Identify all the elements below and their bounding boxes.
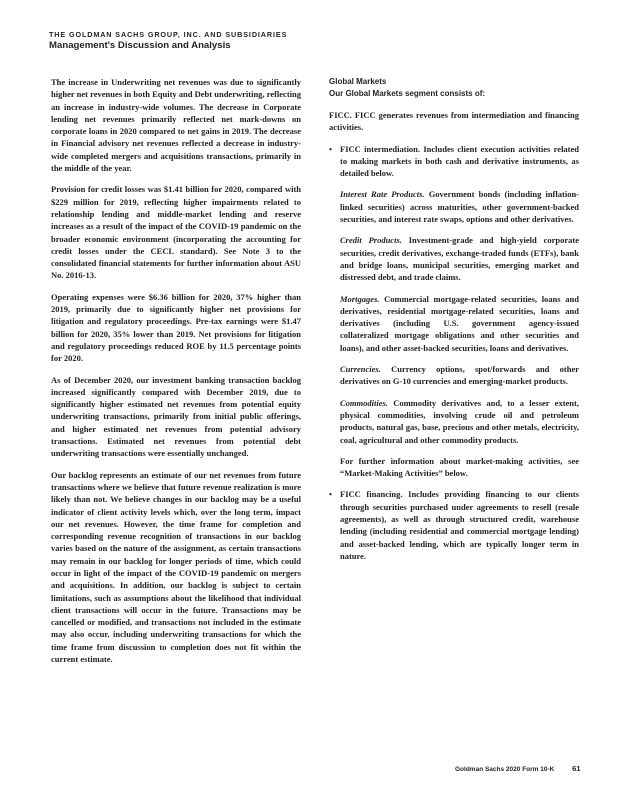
sub-item-interest-rate: Interest Rate Products. Government bonds…: [329, 188, 579, 225]
bullet-ficc-intermediation: FICC intermediation. Includes client exe…: [329, 143, 579, 180]
left-column: The increase in Underwriting net revenue…: [51, 76, 301, 674]
paragraph: The increase in Underwriting net revenue…: [51, 76, 301, 174]
company-name: The Goldman Sachs Group, Inc. and Subsid…: [49, 30, 569, 39]
paragraph: Provision for credit losses was $1.41 bi…: [51, 183, 301, 281]
sub-item-lead: Credit Products.: [340, 235, 402, 245]
paragraph: As of December 2020, our investment bank…: [51, 374, 301, 460]
sub-item-commodities: Commodities. Commodity derivatives and, …: [329, 397, 579, 446]
bullet-text: Includes providing financing to our clie…: [340, 489, 579, 560]
paragraph: Our backlog represents an estimate of ou…: [51, 469, 301, 666]
segment-subheading: Our Global Markets segment consists of:: [329, 88, 579, 100]
bullet-label: FICC financing.: [340, 489, 403, 499]
bullet-label: FICC intermediation.: [340, 144, 420, 154]
sub-item-credit: Credit Products. Investment-grade and hi…: [329, 234, 579, 283]
sub-item-lead: Mortgages.: [340, 294, 379, 304]
section-title: Management's Discussion and Analysis: [49, 40, 569, 52]
sub-item-mortgages: Mortgages. Commercial mortgage-related s…: [329, 293, 579, 354]
right-column: Global Markets Our Global Markets segmen…: [329, 76, 579, 571]
sub-item-lead: Commodities.: [340, 398, 388, 408]
sub-item-lead: Interest Rate Products.: [340, 189, 425, 199]
report-name: Goldman Sachs 2020 Form 10-K: [455, 766, 554, 773]
sub-item-lead: Currencies.: [340, 364, 381, 374]
segment-heading: Global Markets: [329, 76, 579, 88]
bullet-ficc-financing: FICC financing. Includes providing finan…: [329, 488, 579, 562]
ficc-intro: FICC. FICC generates revenues from inter…: [329, 109, 579, 134]
page-number: 61: [572, 764, 580, 773]
market-making-note: For further information about market-mak…: [329, 455, 579, 480]
page-header: The Goldman Sachs Group, Inc. and Subsid…: [49, 30, 569, 52]
page-footer: Goldman Sachs 2020 Form 10-K 61: [455, 764, 581, 773]
paragraph: Operating expenses were $6.36 billion fo…: [51, 291, 301, 365]
sub-item-currencies: Currencies. Currency options, spot/forwa…: [329, 363, 579, 388]
